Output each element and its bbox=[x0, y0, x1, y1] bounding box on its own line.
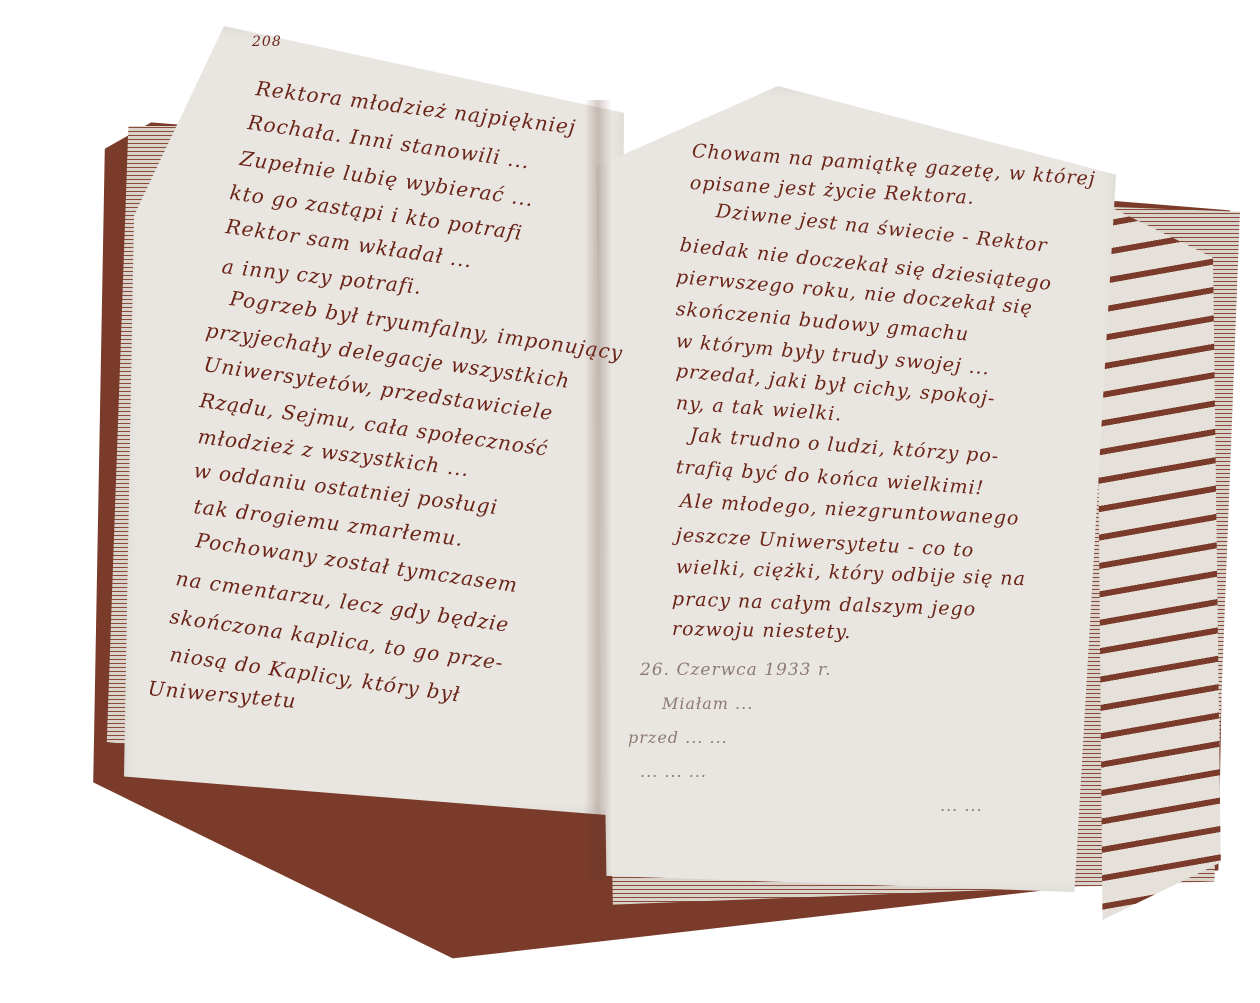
fore-edge-pages bbox=[1096, 200, 1226, 920]
handwritten-line: rozwoju niestety. bbox=[672, 618, 852, 643]
diary-photo: 208 Rektora młodzież najpiękniej Rochała… bbox=[0, 0, 1260, 1003]
faint-handwritten-line: ... ... bbox=[940, 796, 983, 815]
page-number: 208 bbox=[252, 34, 282, 50]
entry-date: 26. Czerwca 1933 r. bbox=[640, 660, 832, 680]
book-gutter bbox=[584, 100, 612, 880]
faint-handwritten-line: ... ... ... bbox=[640, 762, 707, 781]
faint-handwritten-line: Miałam ... bbox=[662, 694, 753, 713]
faint-handwritten-line: przed ... ... bbox=[628, 728, 728, 747]
